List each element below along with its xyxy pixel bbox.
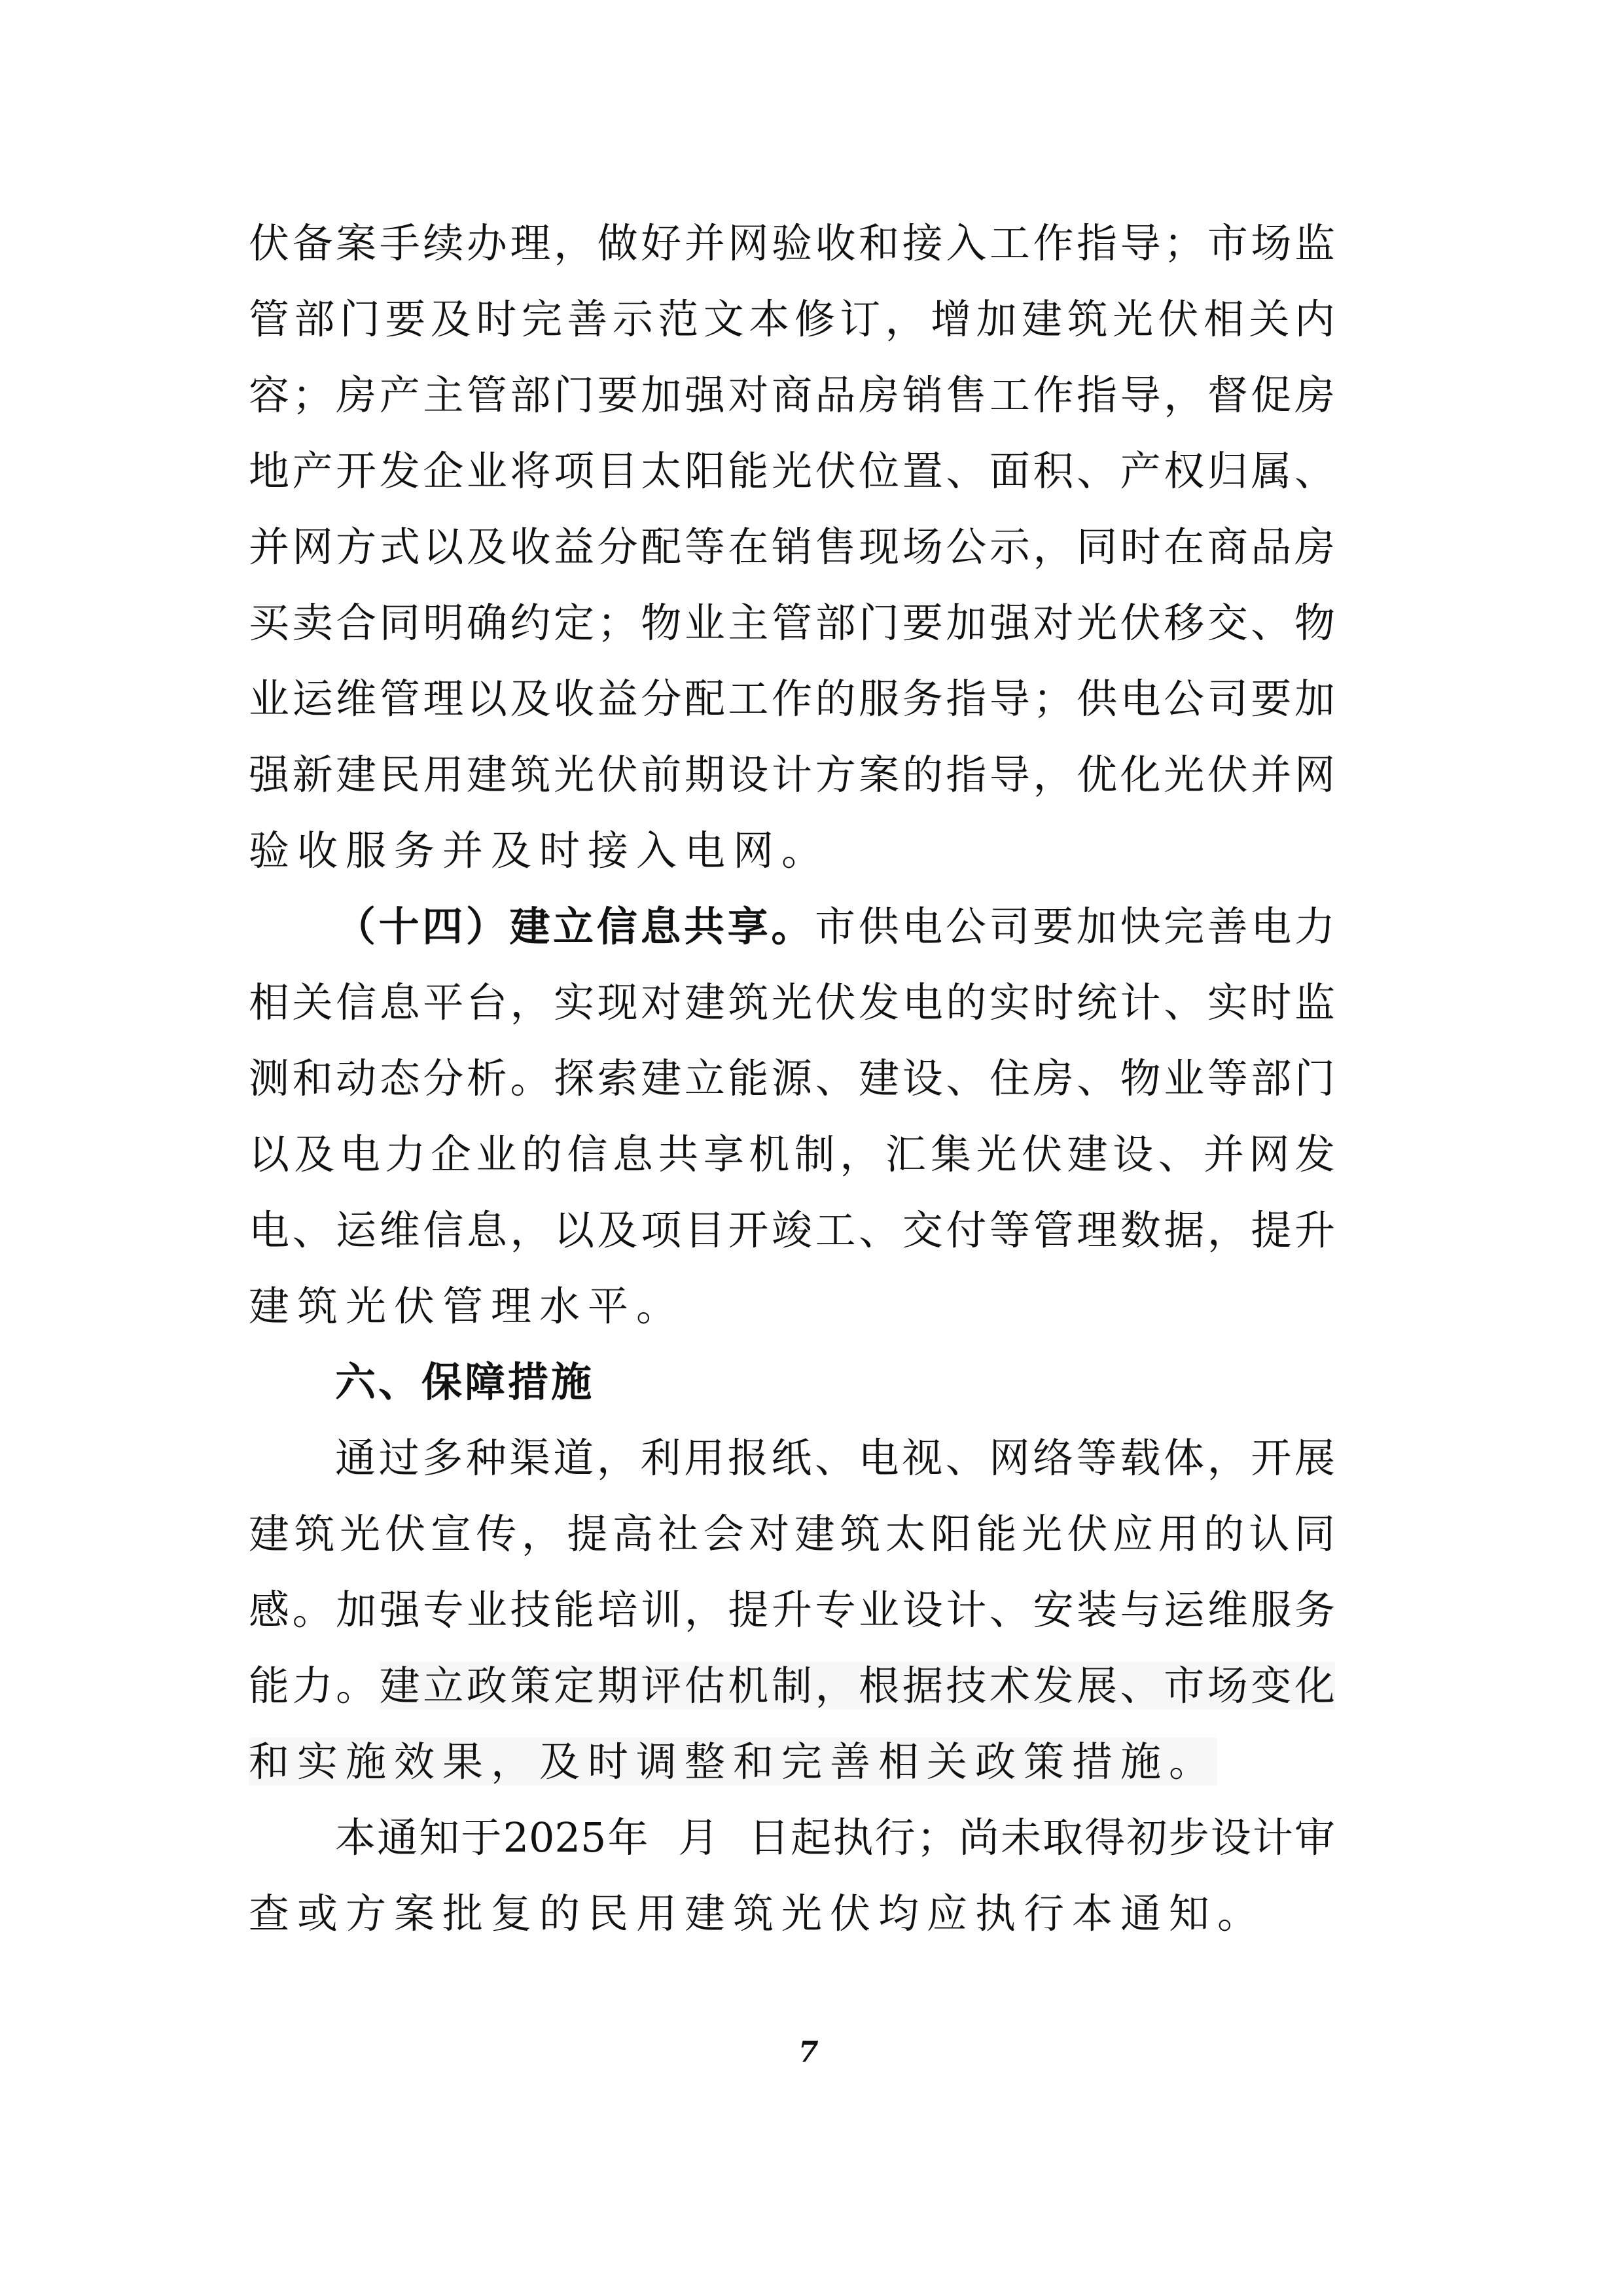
highlighted-text: 建立政策定期评估机制，根据技术发展、市场变化 [380,1662,1335,1710]
effective-notice-line: 查或方案批复的民用建筑光伏均应执行本通知。 [249,1888,1335,1940]
section-14-first-line: （十四）建立信息共享。市供电公司要加快完善电力 [335,901,1335,953]
document-page: 伏备案手续办理，做好并网验收和接入工作指导；市场监 管部门要及时完善示范文本修订… [0,0,1623,2296]
body-line: 买卖合同明确约定；物业主管部门要加强对光伏移交、物 [249,597,1335,649]
page-number: 7 [798,2036,819,2069]
body-line: 地产开发企业将项目太阳能光伏位置、面积、产权归属、 [249,445,1335,497]
body-line: 通过多种渠道，利用报纸、电视、网络等载体，开展 [335,1432,1335,1484]
body-line: 强新建民用建筑光伏前期设计方案的指导，优化光伏并网 [249,749,1335,801]
body-line: 并网方式以及收益分配等在销售现场公示，同时在商品房 [249,521,1335,573]
body-text: 能力。 [249,1662,380,1710]
section-14-title: （十四）建立信息共享。 [335,903,815,950]
body-line: 容；房产主管部门要加强对商品房销售工作指导，督促房 [249,369,1335,422]
body-line: 验收服务并及时接入电网。 [249,825,1335,877]
body-line: 感。加强专业技能培训，提升专业设计、安装与运维服务 [249,1584,1335,1636]
body-line: 管部门要及时完善示范文本修订，增加建筑光伏相关内 [249,293,1335,346]
effective-notice-line: 本通知于2025年 月 日起执行；尚未取得初步设计审 [335,1812,1335,1864]
body-line: 伏备案手续办理，做好并网验收和接入工作指导；市场监 [249,217,1335,270]
body-line: 相关信息平台，实现对建筑光伏发电的实时统计、实时监 [249,977,1335,1029]
body-line: 建筑光伏管理水平。 [249,1280,1335,1333]
body-line: 电、运维信息，以及项目开竣工、交付等管理数据，提升 [249,1204,1335,1257]
body-line: 建筑光伏宣传，提高社会对建筑太阳能光伏应用的认同 [249,1508,1335,1560]
section-14-first-line-text: 市供电公司要加快完善电力 [815,903,1335,950]
section-6-heading: 六、保障措施 [335,1356,594,1408]
highlighted-text: 和实施效果，及时调整和完善相关政策措施。 [249,1738,1217,1785]
body-line-highlighted: 和实施效果，及时调整和完善相关政策措施。 [249,1736,1335,1788]
body-line: 业运维管理以及收益分配工作的服务指导；供电公司要加 [249,673,1335,725]
body-line: 测和动态分析。探索建立能源、建设、住房、物业等部门 [249,1052,1335,1105]
body-line-with-highlight: 能力。建立政策定期评估机制，根据技术发展、市场变化 [249,1660,1335,1712]
body-line: 以及电力企业的信息共享机制，汇集光伏建设、并网发 [249,1128,1335,1181]
